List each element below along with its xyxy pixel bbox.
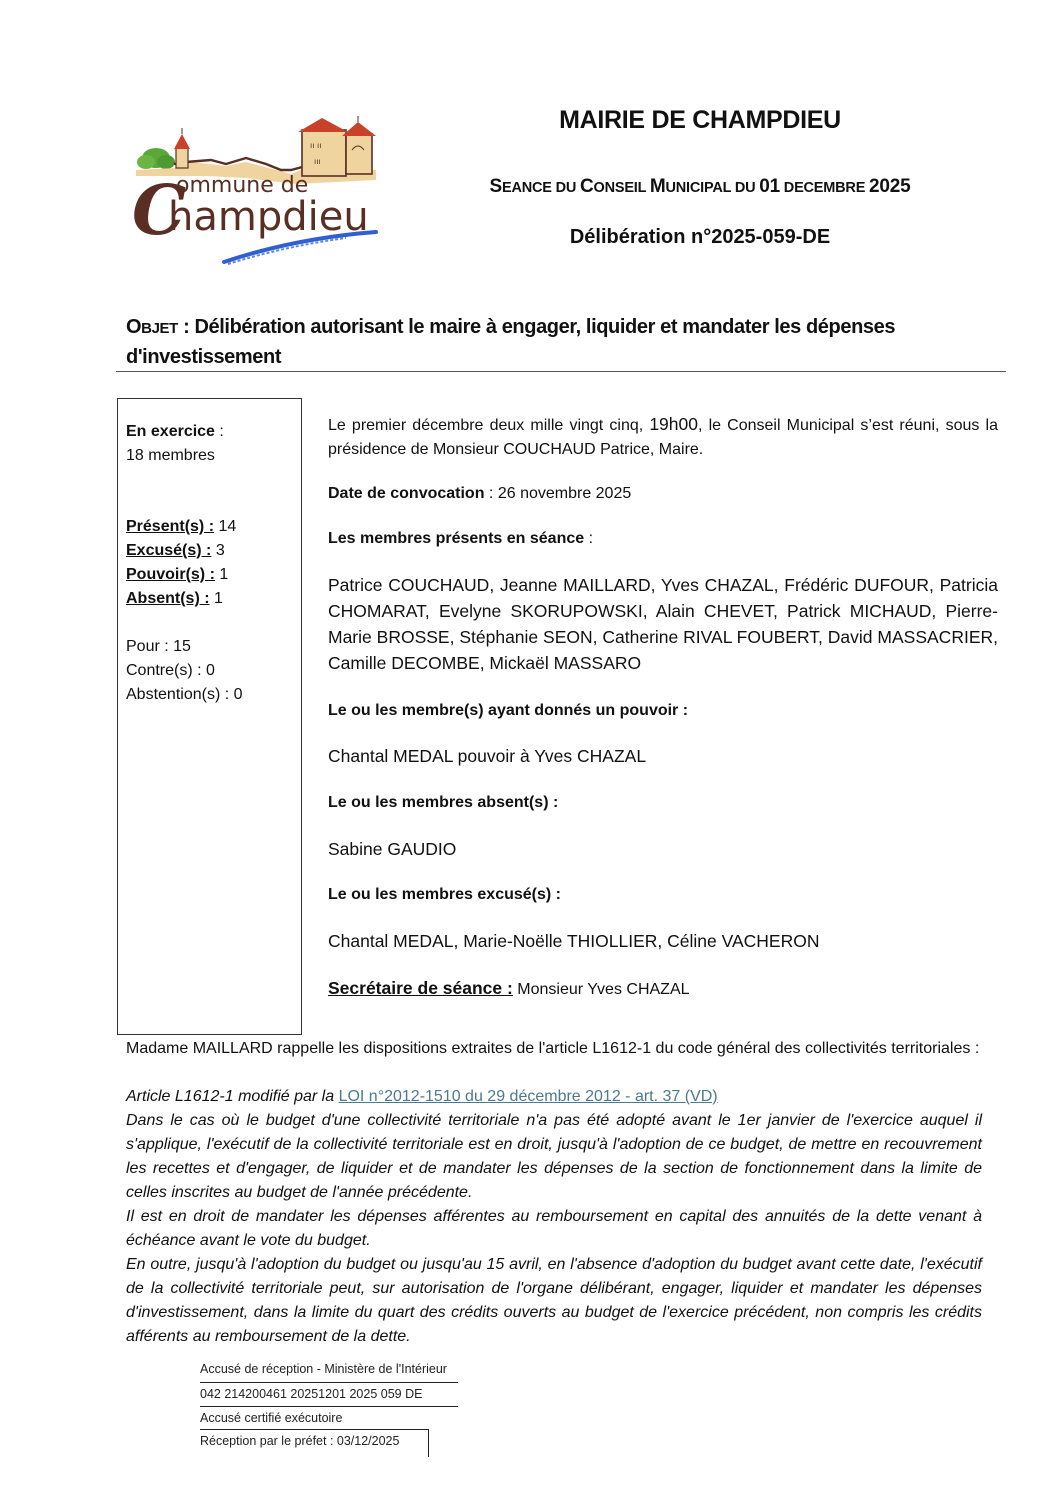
mairie-title: MAIRIE DE CHAMPDIEU	[440, 106, 960, 135]
stamp-line-ministere: Accusé de réception - Ministère de l'Int…	[200, 1360, 447, 1378]
presents-heading: Les membres présents en séance :	[328, 527, 998, 551]
vote-contre: Contre(s) : 0	[126, 659, 215, 683]
svg-text:hampdieu: hampdieu	[168, 194, 369, 240]
objet-text: Délibération autorisant le maire à engag…	[126, 316, 895, 368]
excuses-count: Excusé(s) : 3	[126, 539, 225, 563]
presents-count: Présent(s) : 14	[126, 515, 236, 539]
loi-link[interactable]: LOI n°2012-1510 du 29 décembre 2012 - ar…	[339, 1088, 718, 1105]
en-exercice-value: 18 membres	[126, 444, 215, 468]
objet-heading: OBJET : Délibération autorisant le maire…	[126, 313, 1006, 371]
tree-icon	[137, 148, 175, 169]
secretaire-seance: Secrétaire de séance : Monsieur Yves CHA…	[328, 976, 998, 1002]
vote-summary-box	[117, 398, 302, 1035]
champdieu-logo-graphic: ıı ıı ııı C ommune de hampdieu	[126, 112, 382, 268]
article-paragraph-2: Il est en droit de mandater les dépenses…	[126, 1205, 982, 1253]
objet-label: OBJET :	[126, 316, 195, 338]
rappel-paragraph: Madame MAILLARD rappelle les disposition…	[126, 1037, 982, 1061]
absents-count: Absent(s) : 1	[126, 587, 223, 611]
svg-text:ıı ıı: ıı ıı	[310, 141, 321, 150]
article-paragraph-3: En outre, jusqu'à l'adoption du budget o…	[126, 1253, 982, 1349]
pouvoirs-count: Pouvoir(s) : 1	[126, 563, 228, 587]
castle-icon: ıı ıı ııı	[298, 116, 376, 176]
excuses-heading: Le ou les membres excusé(s) :	[328, 883, 998, 907]
article-paragraph-1: Dans le cas où le budget d'une collectiv…	[126, 1109, 982, 1205]
vote-pour: Pour : 15	[126, 635, 191, 659]
convocation-date: Date de convocation : 26 novembre 2025	[328, 482, 998, 506]
seance-title: SEANCE DU CONSEIL MUNICIPAL DU 01 DECEMB…	[440, 176, 960, 198]
presents-list: Patrice COUCHAUD, Jeanne MAILLARD, Yves …	[328, 572, 998, 676]
vote-abstention: Abstention(s) : 0	[126, 683, 243, 707]
pouvoir-heading: Le ou les membre(s) ayant donnés un pouv…	[328, 699, 998, 723]
article-reference: Article L1612-1 modifié par la LOI n°201…	[126, 1085, 982, 1109]
stamp-line-prefet: Réception par le préfet : 03/12/2025	[200, 1432, 399, 1450]
stamp-line-reference: 042 214200461 20251201 2025 059 DE	[200, 1385, 422, 1403]
meeting-intro: Le premier décembre deux mille vingt cin…	[328, 412, 998, 462]
absents-list: Sabine GAUDIO	[328, 837, 998, 861]
deliberation-number: Délibération n°2025-059-DE	[440, 226, 960, 249]
absents-heading: Le ou les membres absent(s) :	[328, 791, 998, 815]
commune-logo: ıı ıı ııı C ommune de hampdieu	[126, 112, 382, 268]
stamp-line-executoire: Accusé certifié exécutoire	[200, 1409, 342, 1427]
pouvoir-list: Chantal MEDAL pouvoir à Yves CHAZAL	[328, 744, 998, 768]
tower-icon	[174, 128, 190, 168]
svg-text:ııı: ııı	[314, 157, 321, 166]
excuses-list: Chantal MEDAL, Marie-Noëlle THIOLLIER, C…	[328, 929, 998, 953]
objet-divider	[116, 371, 1006, 372]
en-exercice-label: En exercice :	[126, 420, 224, 444]
